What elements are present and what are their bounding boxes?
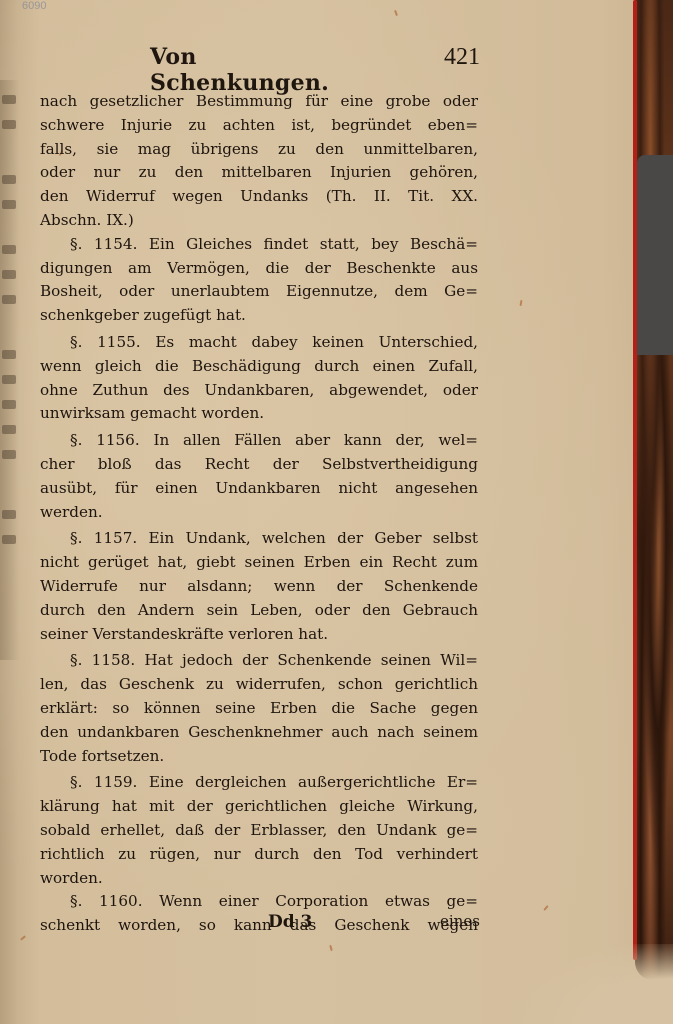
text-line: Abschn. IX.): [40, 209, 478, 233]
text-line: den Widerruf wegen Undanks (Th. II. Tit.…: [40, 185, 478, 209]
text-line: werden.: [40, 501, 478, 525]
text-line: durch den Andern sein Leben, oder den Ge…: [40, 599, 478, 623]
page-footer: Dd 3 eines: [0, 912, 673, 940]
text-line: klärung hat mit der gerichtlichen gleich…: [40, 795, 478, 819]
running-head: Von Schenkungen.: [150, 44, 382, 96]
text-line: §. 1156. In allen Fällen aber kann der, …: [40, 429, 478, 453]
paper-speck: [543, 905, 548, 911]
text-line: §. 1160. Wenn einer Corporation etwas ge…: [40, 890, 478, 914]
text-line: falls, sie mag übrigens zu den unmittelb…: [40, 138, 478, 162]
bleed-mark: [2, 375, 16, 384]
red-page-edge: [633, 0, 637, 960]
text-line: §. 1157. Ein Undank, welchen der Geber s…: [40, 527, 478, 551]
bleed-mark: [2, 535, 16, 544]
text-line: erklärt: so können seine Erben die Sache…: [40, 697, 478, 721]
text-line: wenn gleich die Beschädigung durch einen…: [40, 355, 478, 379]
bleed-mark: [2, 270, 16, 279]
page-tab-insert: [637, 155, 673, 355]
text-line: seiner Verstandeskräfte verloren hat.: [40, 623, 478, 647]
paragraph-section-1157: §. 1157. Ein Undank, welchen der Geber s…: [40, 527, 478, 646]
text-line: §. 1158. Hat jedoch der Schenkende seine…: [40, 649, 478, 673]
text-line: schenkgeber zugefügt hat.: [40, 304, 478, 328]
page-number: 421: [444, 44, 480, 71]
bleed-mark: [2, 510, 16, 519]
paragraph-section-1159: §. 1159. Eine dergleichen außergerichtli…: [40, 771, 478, 890]
text-line: Widerrufe nur alsdann; wenn der Schenken…: [40, 575, 478, 599]
text-line: nicht gerüget hat, giebt seinen Erben ei…: [40, 551, 478, 575]
bleed-mark: [2, 200, 16, 209]
bleed-mark: [2, 175, 16, 184]
signature-mark: Dd 3: [268, 912, 312, 932]
paper-speck: [394, 10, 398, 16]
text-line: den undankbaren Geschenknehmer auch nach…: [40, 721, 478, 745]
bleed-mark: [2, 245, 16, 254]
text-line: §. 1154. Ein Gleiches findet statt, bey …: [40, 233, 478, 257]
bleed-mark: [2, 425, 16, 434]
bleed-mark: [2, 450, 16, 459]
text-line: §. 1159. Eine dergleichen außergerichtli…: [40, 771, 478, 795]
bleed-mark: [2, 295, 16, 304]
marbled-binding: [635, 0, 673, 980]
paragraph-section-1158: §. 1158. Hat jedoch der Schenkende seine…: [40, 649, 478, 768]
text-line: ausübt, für einen Undankbaren nicht ange…: [40, 477, 478, 501]
text-line: §. 1155. Es macht dabey keinen Unterschi…: [40, 331, 478, 355]
paper-speck: [329, 945, 332, 951]
text-line: Tode fortsetzen.: [40, 745, 478, 769]
page-corner: [523, 944, 673, 1024]
paragraph-continuation: nach gesetzlicher Bestimmung für eine gr…: [40, 90, 478, 233]
text-line: schwere Injurie zu achten ist, begründet…: [40, 114, 478, 138]
paragraph-section-1155: §. 1155. Es macht dabey keinen Unterschi…: [40, 331, 478, 426]
text-line: worden.: [40, 867, 478, 891]
text-line: oder nur zu den mittelbaren Injurien geh…: [40, 161, 478, 185]
text-line: ohne Zuthun des Undankbaren, abgewendet,…: [40, 379, 478, 403]
text-line: len, das Geschenk zu widerrufen, schon g…: [40, 673, 478, 697]
bleed-mark: [2, 400, 16, 409]
body-text: nach gesetzlicher Bestimmung für eine gr…: [40, 90, 478, 938]
catchword: eines: [440, 912, 480, 930]
paragraph-section-1154: §. 1154. Ein Gleiches findet statt, bey …: [40, 233, 478, 328]
text-line: digungen am Vermögen, die der Beschenkte…: [40, 257, 478, 281]
scanned-page: 6090 Von Schenkungen. 421 nach gesetzlic…: [0, 0, 673, 1024]
paragraph-section-1156: §. 1156. In allen Fällen aber kann der, …: [40, 429, 478, 524]
text-line: nach gesetzlicher Bestimmung für eine gr…: [40, 90, 478, 114]
text-line: unwirksam gemacht worden.: [40, 402, 478, 426]
text-line: richtlich zu rügen, nur durch den Tod ve…: [40, 843, 478, 867]
left-gutter-bleedthrough: [0, 80, 20, 660]
library-stamp: 6090: [22, 0, 46, 12]
text-line: sobald erhellet, daß der Erblasser, den …: [40, 819, 478, 843]
bleed-mark: [2, 95, 16, 104]
page-header: Von Schenkungen. 421: [150, 44, 480, 80]
bleed-mark: [2, 350, 16, 359]
paper-speck: [519, 300, 522, 306]
text-line: Bosheit, oder unerlaubtem Eigennutze, de…: [40, 280, 478, 304]
bleed-mark: [2, 120, 16, 129]
text-line: cher bloß das Recht der Selbstvertheidig…: [40, 453, 478, 477]
